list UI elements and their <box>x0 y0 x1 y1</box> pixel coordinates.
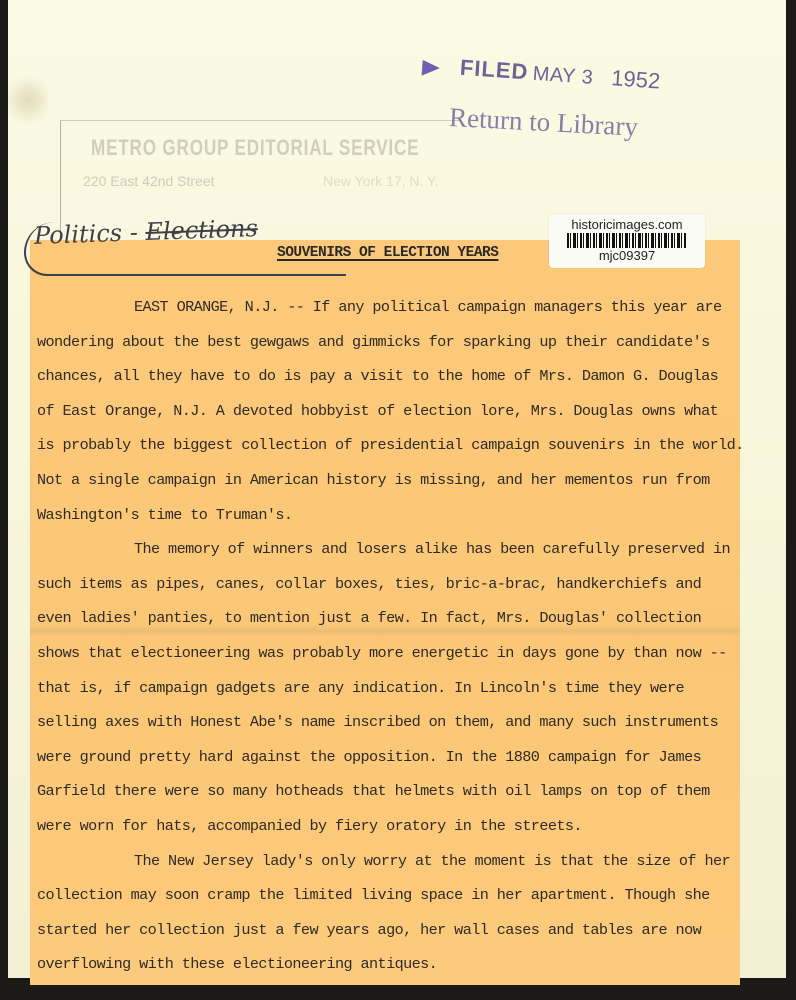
article-line: The memory of winners and losers alike h… <box>37 537 767 572</box>
letterhead-street: 220 East 42nd Street <box>83 173 215 189</box>
article-line: shows that electioneering was probably m… <box>37 641 767 676</box>
article-line: of East Orange, N.J. A devoted hobbyist … <box>37 399 767 434</box>
article-line: Washington's time to Truman's. <box>37 503 767 538</box>
article-line: were worn for hats, accompanied by fiery… <box>37 814 767 849</box>
article-line: wondering about the best gewgaws and gim… <box>37 330 767 365</box>
barcode-icon <box>567 233 687 248</box>
barcode-label: historicimages.com mjc09397 <box>549 214 705 268</box>
article-line: even ladies' panties, to mention just a … <box>37 606 767 641</box>
article-line: overflowing with these electioneering an… <box>37 952 767 987</box>
article-line: that is, if campaign gadgets are any ind… <box>37 676 767 711</box>
article-line: Not a single campaign in American histor… <box>37 468 767 503</box>
article-line: collection may soon cramp the limited li… <box>37 883 767 918</box>
article-line: is probably the biggest collection of pr… <box>37 433 767 468</box>
handwritten-struck-word: Elections <box>145 214 258 246</box>
faded-letterhead: METRO GROUP EDITORIAL SERVICE 220 East 4… <box>60 120 461 231</box>
article-line: started her collection just a few years … <box>37 918 767 953</box>
barcode-site: historicimages.com <box>549 214 705 232</box>
handwritten-category: Politics <box>34 219 123 250</box>
article-line: EAST ORANGE, N.J. -- If any political ca… <box>37 295 767 330</box>
article-body: EAST ORANGE, N.J. -- If any political ca… <box>37 295 767 987</box>
flag-icon <box>421 60 440 77</box>
article-line: were ground pretty hard against the oppo… <box>37 745 767 780</box>
letterhead-city: New York 17, N. Y. <box>323 173 438 189</box>
filed-year: 1952 <box>610 65 661 93</box>
article-line: Garfield there were so many hotheads tha… <box>37 779 767 814</box>
letterhead-organization: METRO GROUP EDITORIAL SERVICE <box>91 135 419 161</box>
article-line: such items as pipes, canes, collar boxes… <box>37 572 767 607</box>
filed-date: MAY 3 <box>532 63 594 89</box>
filed-label: FILED <box>459 55 529 85</box>
barcode-code: mjc09397 <box>549 248 705 264</box>
article-line: selling axes with Honest Abe's name insc… <box>37 710 767 745</box>
article-line: chances, all they have to do is pay a vi… <box>37 364 767 399</box>
article-line: The New Jersey lady's only worry at the … <box>37 849 767 884</box>
